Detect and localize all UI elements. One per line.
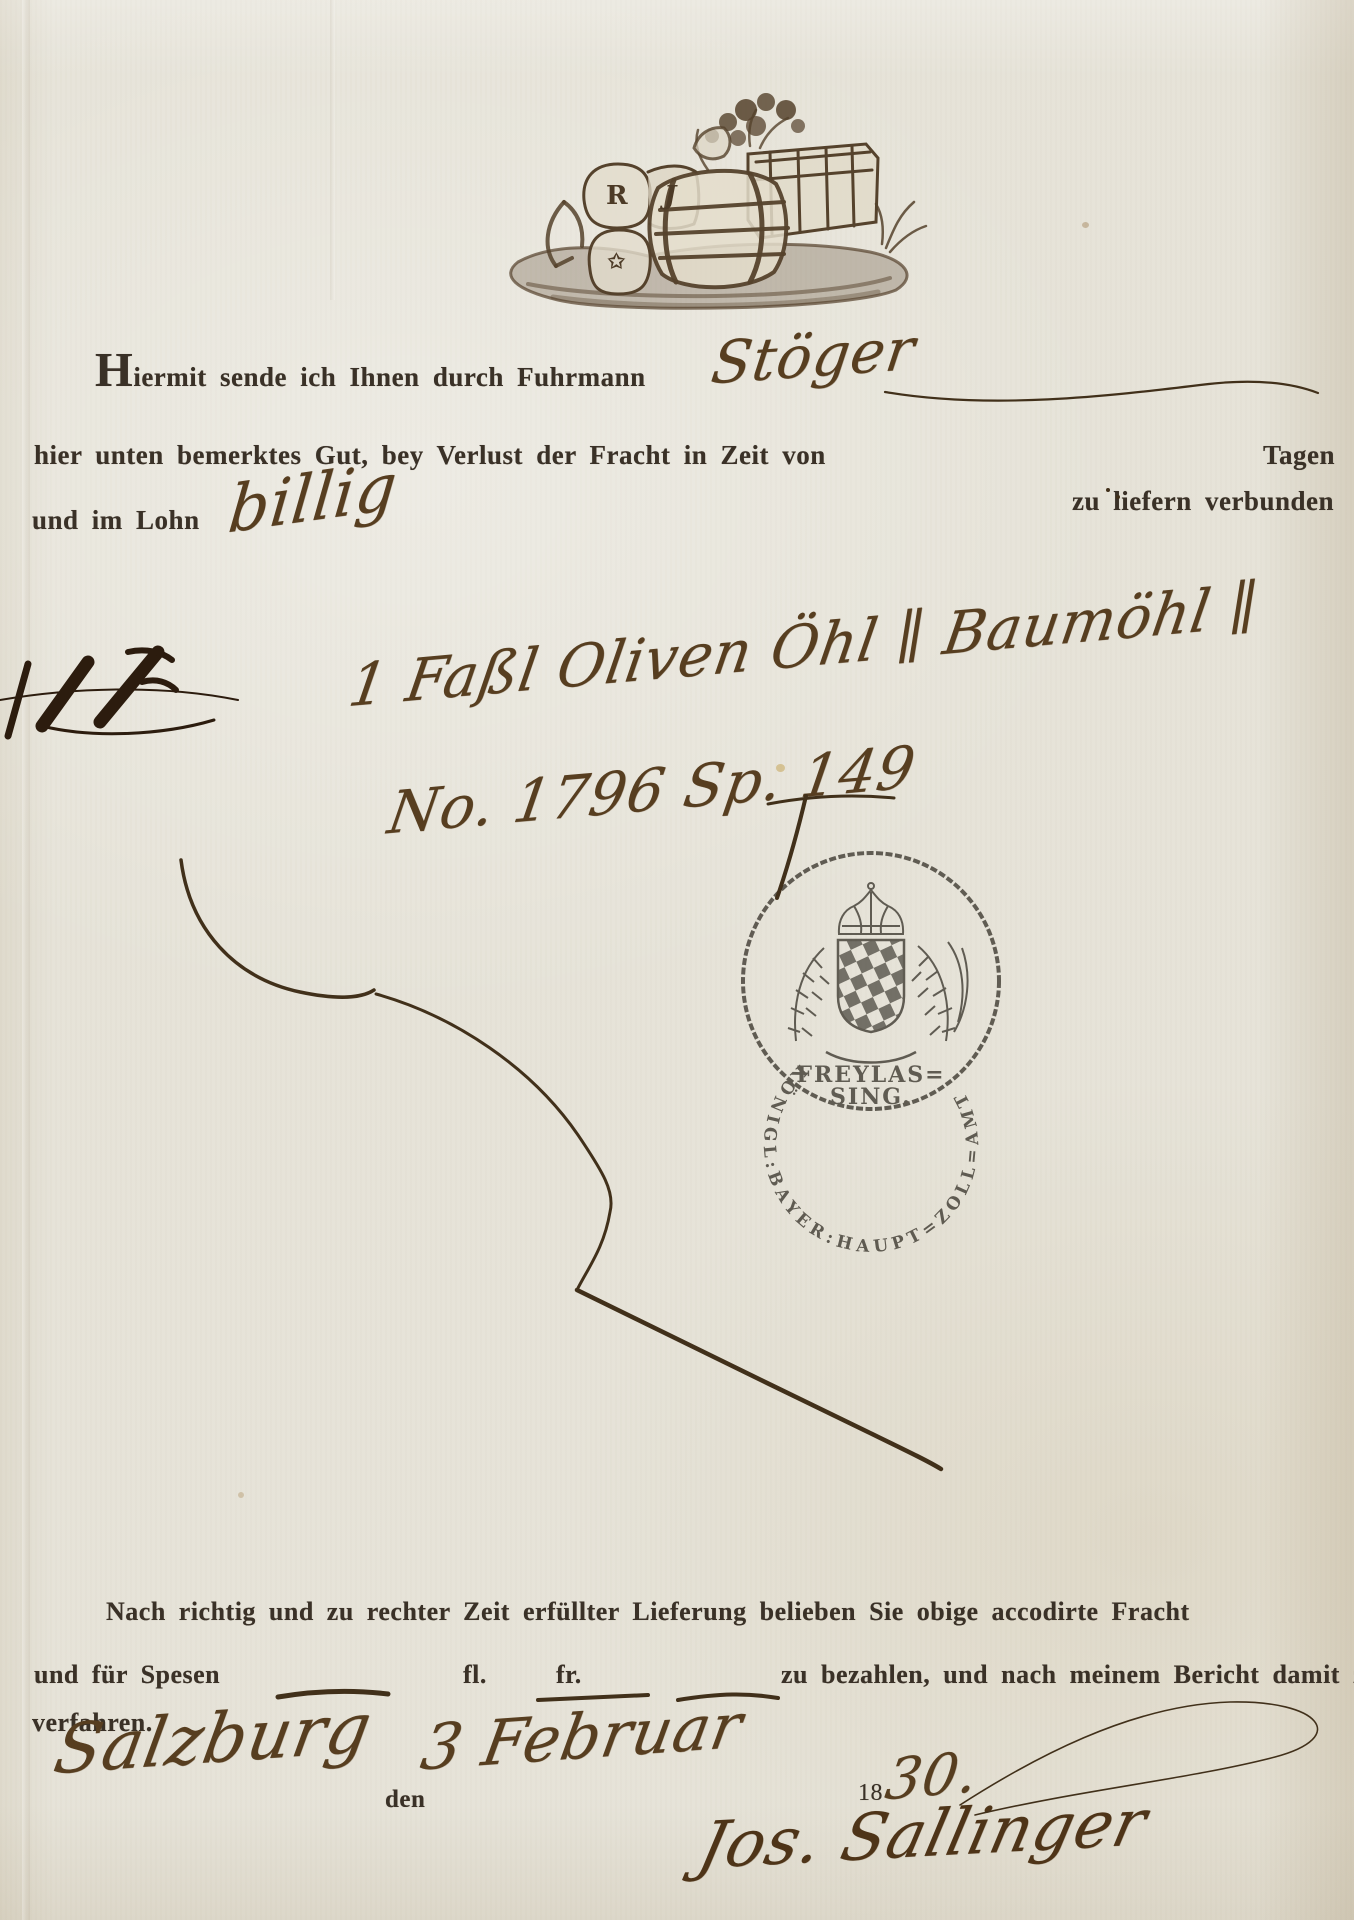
printed-und-fuer-spesen: und für Spesen	[34, 1660, 220, 1690]
seal-sing-text: SING.	[830, 1084, 912, 1110]
bale-mark-r: R	[606, 181, 628, 211]
printed-und-im-lohn: und im Lohn	[32, 505, 200, 536]
printed-line-fuhrmann: Hiermit sende ich Ihnen durch Fuhrmann	[95, 352, 646, 393]
handwritten-goods-line1: 1 Faßl Oliven Öhl ∥ Baumöhl ∥	[344, 572, 1263, 721]
paper-crease-left	[22, 0, 30, 1920]
seal-crown	[839, 883, 903, 934]
handwritten-fuhrmann-name: Stöger	[707, 314, 919, 397]
age-spot	[238, 1492, 244, 1498]
printed-lieferung-line: Nach richtig und zu rechter Zeit erfüllt…	[106, 1597, 1190, 1627]
handwritten-goods-line2: No. 1796 Sp. 149	[384, 732, 921, 847]
printed-tagen: Tagen	[1263, 440, 1335, 471]
printed-zu-bezahlen: zu bezahlen, und nach meinem Bericht dam…	[781, 1660, 1354, 1690]
fuhrmann-dash-flourish	[885, 382, 1318, 401]
handwritten-place-salzburg: Salzburg	[48, 1688, 377, 1790]
vignette-barrels-illustration: R J ✩	[498, 52, 928, 322]
printed-zu-liefern-verbunden: zu liefern verbunden	[1072, 486, 1334, 517]
customs-seal-freilassing: KÖNIGL:BAYER:HAUPT=ZOLL=AMT	[726, 836, 1016, 1126]
printed-den: den	[385, 1786, 425, 1814]
bale-mark-star: ✩	[607, 249, 626, 273]
consignment-mark	[0, 650, 238, 736]
handwritten-date: 3 Februar	[416, 1688, 749, 1784]
printed-fr: fr.	[556, 1660, 582, 1690]
document-page: R J ✩ Hiermit sende ich Ihnen durch Fuhr…	[0, 0, 1354, 1920]
printed-fl: fl.	[463, 1660, 487, 1690]
handwritten-signature: Jos. Sallinger	[692, 1786, 1154, 1884]
vignette-grass	[876, 202, 926, 252]
paper-crease-top	[330, 0, 335, 300]
printed-line-gut: hier unten bemerktes Gut, bey Verlust de…	[34, 440, 826, 471]
vignette-scoop	[694, 128, 730, 159]
seal-bavarian-shield	[838, 940, 904, 1032]
age-spot	[1082, 222, 1089, 228]
